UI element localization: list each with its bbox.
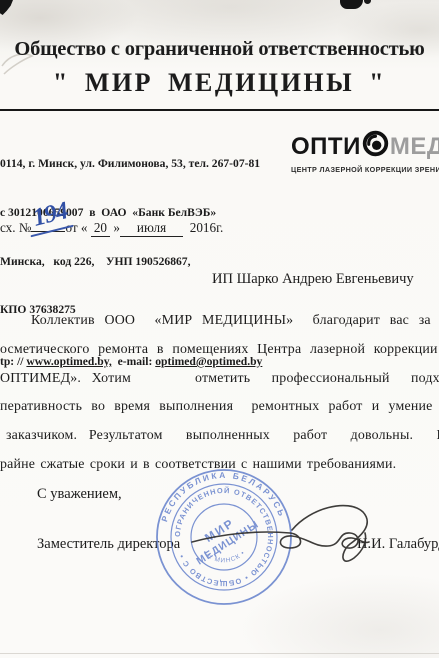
ref-close-quote: »: [110, 220, 120, 236]
body-line-3: ОПТИМЕД». Хотим отметить профессиональны…: [0, 365, 439, 394]
recipient-line: ИП Шарко Андрею Евгеньевичу: [212, 271, 414, 288]
ref-day: 20: [91, 220, 110, 237]
handwritten-signature: [172, 490, 382, 585]
scan-bottom-edge: [0, 653, 439, 654]
ref-year: 2016г.: [183, 220, 223, 236]
ref-prefix: сх. №: [0, 220, 31, 236]
scan-artifact-top-center: [340, 0, 363, 9]
eye-icon: [362, 130, 389, 163]
ref-month: июля: [120, 220, 183, 237]
body-line-4: перативность во время выполнения ремонтн…: [0, 393, 439, 422]
logo-tagline: ЦЕНТР ЛАЗЕРНОЙ КОРРЕКЦИИ ЗРЕНИЯ: [291, 165, 439, 174]
body-line-2: осметического ремонта в помещениях Центр…: [0, 336, 439, 365]
org-name-heading: " МИР МЕДИЦИНЫ ": [0, 68, 439, 98]
header-rule: [0, 109, 439, 111]
logo-text-opti: ОПТИ: [291, 133, 361, 160]
body-line-1: Коллектив ООО «МИР МЕДИЦИНЫ» благодарит …: [0, 307, 439, 336]
scanned-letter: Общество с ограниченной ответственностью…: [0, 0, 439, 658]
contact-unp-line: Минска, код 226, УНП 190526867,: [0, 254, 262, 270]
optimed-logo: ОПТИ МЕД ЦЕНТР ЛАЗЕРНОЙ КОРРЕКЦИИ ЗРЕНИЯ: [291, 130, 439, 174]
body-line-5: заказчиком. Результатом выполненных рабо…: [0, 422, 439, 451]
contact-address-line: 0114, г. Минск, ул. Филимонова, 53, тел.…: [0, 156, 262, 172]
letter-body: Коллектив ООО «МИР МЕДИЦИНЫ» благодарит …: [0, 307, 439, 480]
scan-artifact-top-left: [0, 0, 13, 15]
logo-text-med: МЕД: [390, 133, 439, 160]
scan-artifact-top-center-2: [364, 0, 371, 4]
closing-regards: С уважением,: [37, 486, 122, 503]
logo-wordmark: ОПТИ МЕД: [291, 130, 439, 163]
org-type-heading: Общество с ограниченной ответственностью: [0, 38, 439, 61]
